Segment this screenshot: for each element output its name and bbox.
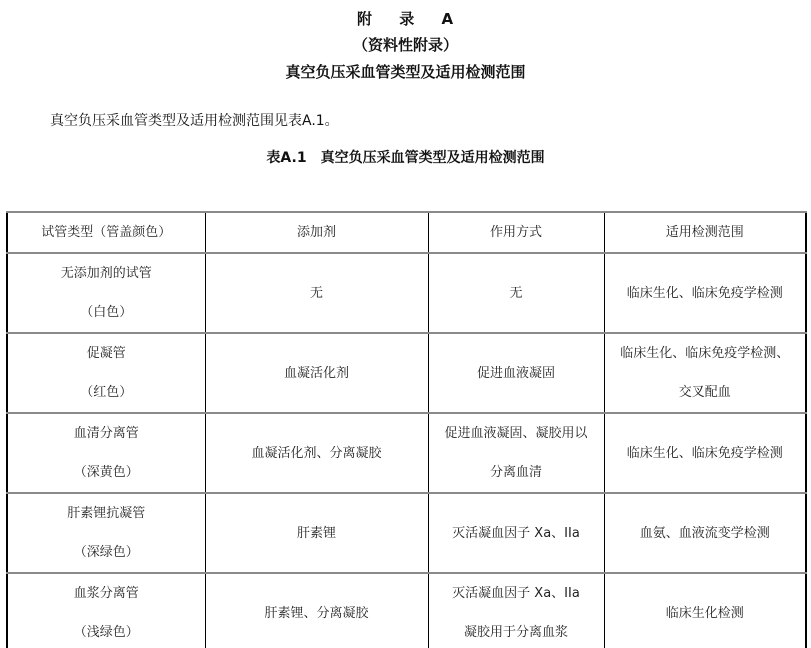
cell-additive: 血凝活化剂 — [205, 333, 428, 413]
cell-additive: 肝素锂 — [205, 493, 428, 573]
cell-tube-type: 促凝管 （红色） — [7, 333, 205, 413]
table-title: 真空负压采血管类型及适用检测范围 — [321, 150, 545, 166]
appendix-label-char: 附 — [357, 9, 373, 29]
cell-tube-type: 肝素锂抗凝管 （深绿色） — [7, 493, 205, 573]
cell-additive: 血凝活化剂、分离凝胶 — [205, 413, 428, 493]
cell-scope: 血氨、血液流变学检测 — [604, 493, 806, 573]
appendix-type: （资料性附录） — [0, 35, 811, 55]
cell-mechanism: 促进血液凝固、凝胶用以 分离血清 — [428, 413, 604, 493]
appendix-label: 附 录 A — [0, 9, 811, 29]
cell-mechanism: 促进血液凝固 — [428, 333, 604, 413]
header-additive: 添加剂 — [205, 212, 428, 253]
tube-type-table: 试管类型（管盖颜色） 添加剂 作用方式 适用检测范围 无添加剂的试管 （白色） … — [6, 211, 807, 648]
cell-additive: 无 — [205, 253, 428, 333]
table-row: 血浆分离管 （浅绿色） 肝素锂、分离凝胶 灭活凝血因子 Xa、IIa 凝胶用于分… — [7, 573, 806, 648]
header-tube-type: 试管类型（管盖颜色） — [7, 212, 205, 253]
table-row: 肝素锂抗凝管 （深绿色） 肝素锂 灭活凝血因子 Xa、IIa 血氨、血液流变学检… — [7, 493, 806, 573]
table-row: 促凝管 （红色） 血凝活化剂 促进血液凝固 临床生化、临床免疫学检测、 交叉配血 — [7, 333, 806, 413]
cell-mechanism: 灭活凝血因子 Xa、IIa — [428, 493, 604, 573]
cell-tube-type: 无添加剂的试管 （白色） — [7, 253, 205, 333]
intro-paragraph: 真空负压采血管类型及适用检测范围见表A.1。 — [50, 111, 339, 131]
cell-additive: 肝素锂、分离凝胶 — [205, 573, 428, 648]
cell-scope: 临床生化、临床免疫学检测、 交叉配血 — [604, 333, 806, 413]
appendix-label-char: 录 — [399, 9, 415, 29]
header-scope: 适用检测范围 — [604, 212, 806, 253]
table-row: 血清分离管 （深黄色） 血凝活化剂、分离凝胶 促进血液凝固、凝胶用以 分离血清 … — [7, 413, 806, 493]
cell-tube-type: 血浆分离管 （浅绿色） — [7, 573, 205, 648]
cell-scope: 临床生化、临床免疫学检测 — [604, 413, 806, 493]
header-mechanism: 作用方式 — [428, 212, 604, 253]
appendix-heading: 真空负压采血管类型及适用检测范围 — [0, 62, 811, 82]
cell-mechanism: 无 — [428, 253, 604, 333]
cell-mechanism: 灭活凝血因子 Xa、IIa 凝胶用于分离血浆 — [428, 573, 604, 648]
cell-scope: 临床生化检测 — [604, 573, 806, 648]
appendix-label-char: A — [441, 9, 454, 29]
table-caption: 表A.1真空负压采血管类型及适用检测范围 — [0, 148, 811, 168]
table-header-row: 试管类型（管盖颜色） 添加剂 作用方式 适用检测范围 — [7, 212, 806, 253]
table-number: 表A.1 — [266, 150, 306, 166]
table-row: 无添加剂的试管 （白色） 无 无 临床生化、临床免疫学检测 — [7, 253, 806, 333]
cell-tube-type: 血清分离管 （深黄色） — [7, 413, 205, 493]
cell-scope: 临床生化、临床免疫学检测 — [604, 253, 806, 333]
